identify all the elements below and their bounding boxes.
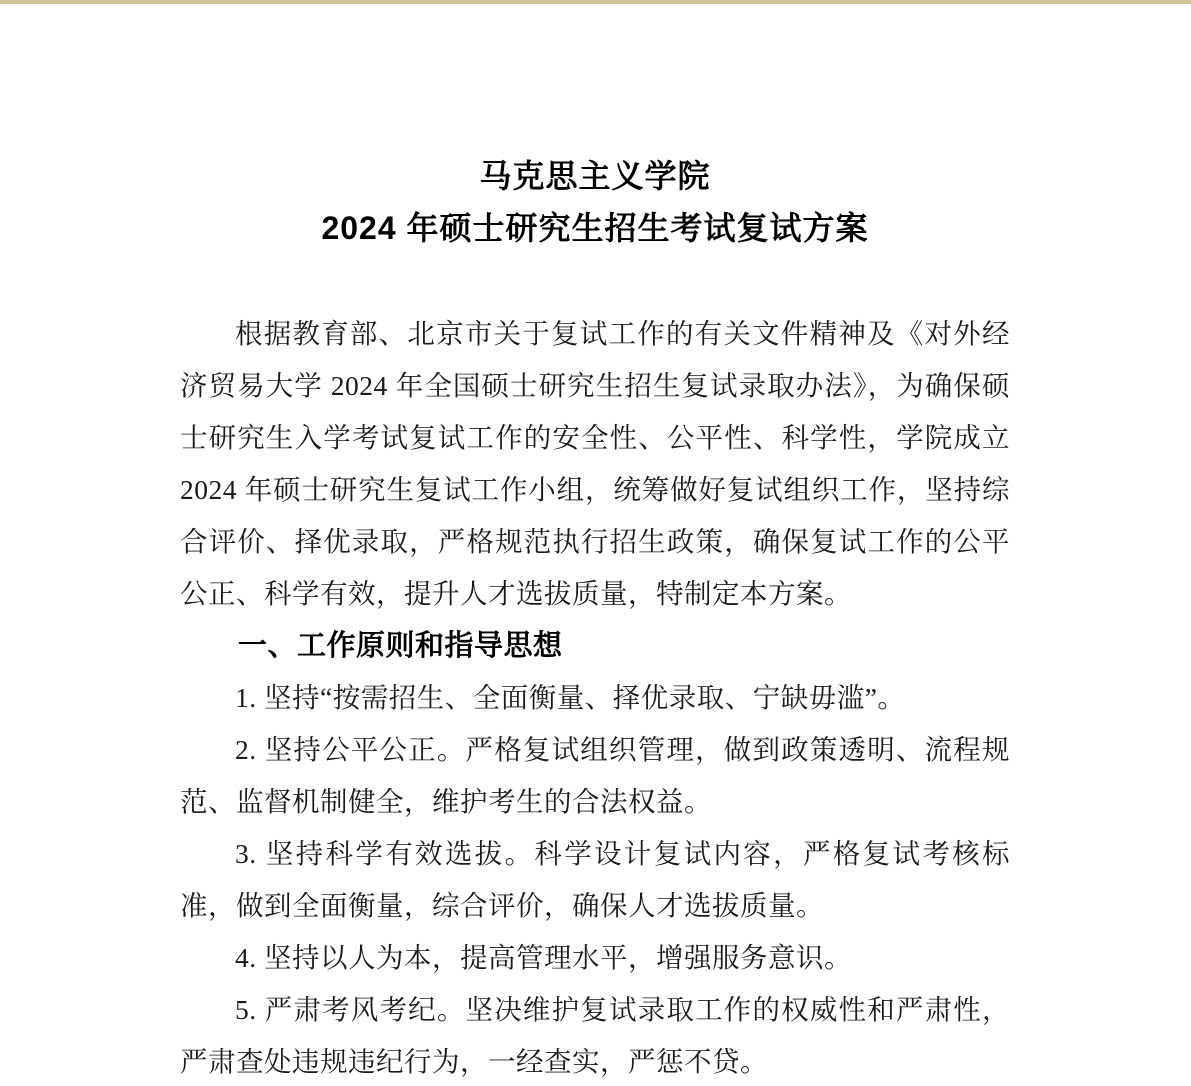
document-title: 马克思主义学院 2024 年硕士研究生招生考试复试方案	[180, 150, 1010, 254]
principle-item-3: 3. 坚持科学有效选拔。科学设计复试内容，严格复试考核标准，做到全面衡量，综合评…	[180, 828, 1010, 932]
document-content: 马克思主义学院 2024 年硕士研究生招生考试复试方案 根据教育部、北京市关于复…	[0, 4, 1191, 1086]
principle-item-5: 5. 严肃考风考纪。坚决维护复试录取工作的权威性和严肃性，严肃查处违规违纪行为，…	[180, 984, 1010, 1086]
intro-paragraph: 根据教育部、北京市关于复试工作的有关文件精神及《对外经济贸易大学 2024 年全…	[180, 308, 1010, 620]
document-title-line-1: 马克思主义学院	[180, 150, 1010, 202]
document-page: 马克思主义学院 2024 年硕士研究生招生考试复试方案 根据教育部、北京市关于复…	[0, 0, 1191, 1086]
principle-item-1: 1. 坚持“按需招生、全面衡量、择优录取、宁缺毋滥”。	[180, 672, 1010, 724]
document-title-line-2: 2024 年硕士研究生招生考试复试方案	[180, 202, 1010, 254]
section-1-heading: 一、工作原则和指导思想	[180, 620, 1010, 672]
principle-item-4: 4. 坚持以人为本，提高管理水平，增强服务意识。	[180, 932, 1010, 984]
principle-item-2: 2. 坚持公平公正。严格复试组织管理，做到政策透明、流程规范、监督机制健全，维护…	[180, 724, 1010, 828]
